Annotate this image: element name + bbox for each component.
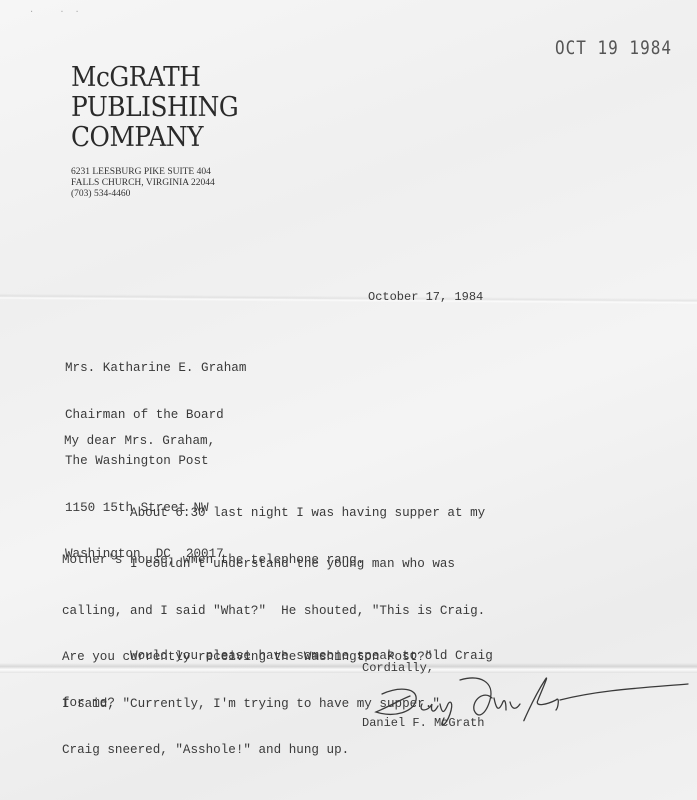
company-address: 6231 LEESBURG PIKE SUITE 404 FALLS CHURC… <box>71 167 253 200</box>
paper-fold-upper <box>0 294 697 305</box>
letterhead: McGRATH PUBLISHING COMPANY 6231 LEESBURG… <box>71 63 253 200</box>
letter-date: October 17, 1984 <box>368 290 483 306</box>
received-date-stamp: OCT 19 1984 <box>555 37 672 59</box>
letter-page: . .. McGRATH PUBLISHING COMPANY 6231 LEE… <box>0 0 697 800</box>
paper-specks: . .. <box>30 4 91 15</box>
salutation: My dear Mrs. Graham, <box>64 434 215 450</box>
signer-name: Daniel F. McGrath <box>362 716 484 732</box>
company-name: McGRATH PUBLISHING COMPANY <box>71 63 238 153</box>
